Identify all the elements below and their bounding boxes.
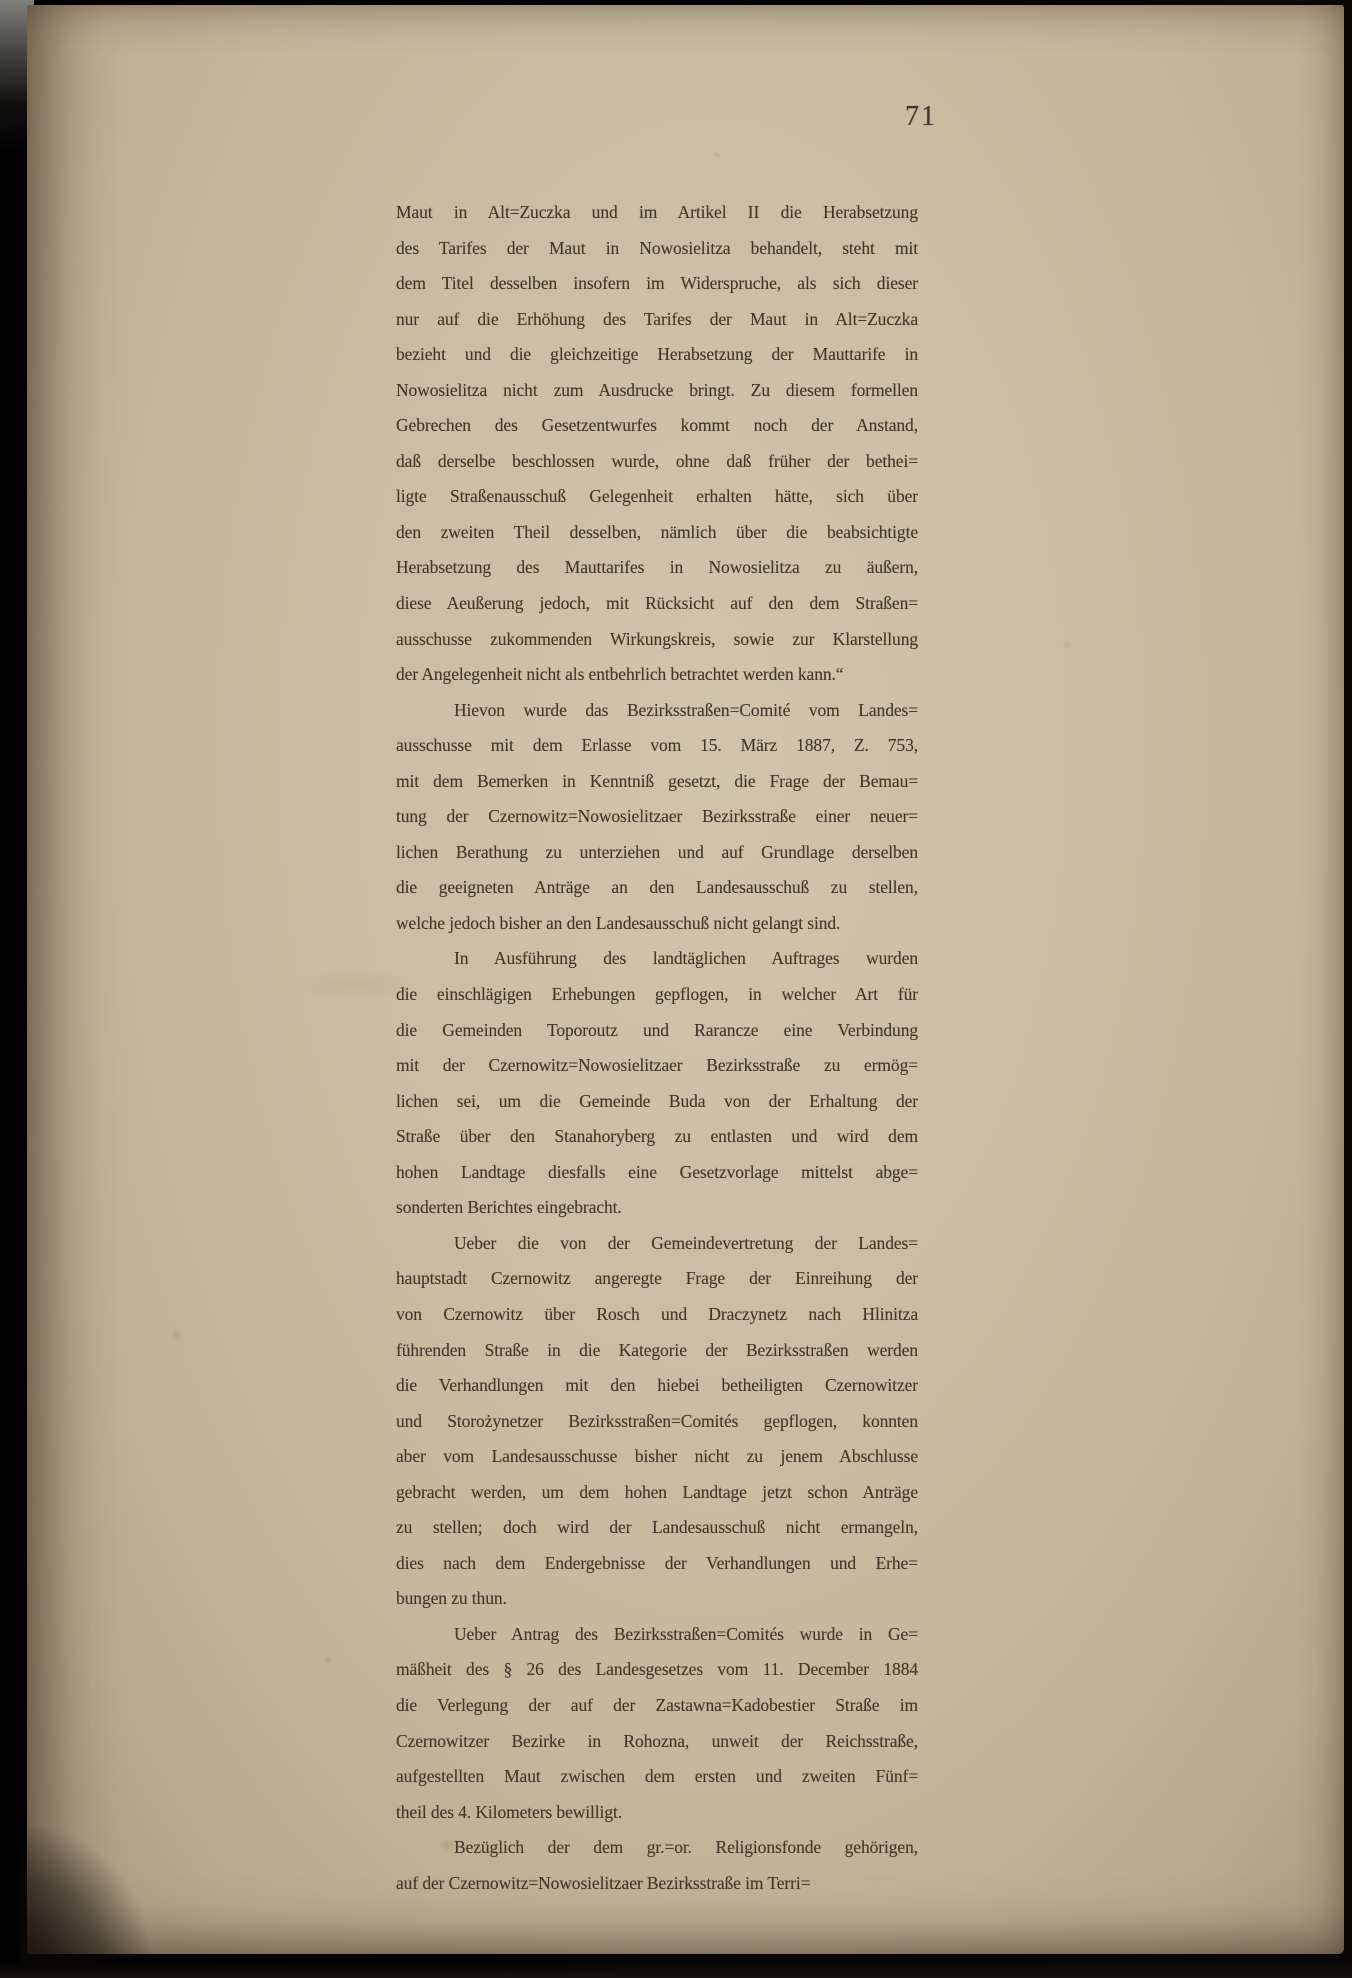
text-line: ligte Straßenausschuß Gelegenheit erhalt… bbox=[396, 479, 918, 515]
text-line: bezieht und die gleichzeitige Herabsetzu… bbox=[396, 337, 918, 373]
text-line: mäßheit des § 26 des Landesgesetzes vom … bbox=[396, 1652, 918, 1688]
text-line: Ueber die von der Gemeindevertretung der… bbox=[396, 1226, 918, 1262]
text-line: hauptstadt Czernowitz angeregte Frage de… bbox=[396, 1261, 918, 1297]
paragraph: Hievon wurde das Bezirksstraßen=Comité v… bbox=[396, 693, 918, 942]
text-line: nur auf die Erhöhung des Tarifes der Mau… bbox=[396, 302, 918, 338]
text-line: In Ausführung des landtäglichen Auftrage… bbox=[396, 941, 918, 977]
paragraph: In Ausführung des landtäglichen Auftrage… bbox=[396, 941, 918, 1225]
paragraph: Bezüglich der dem gr.=or. Religionsfonde… bbox=[396, 1830, 918, 1901]
text-line: Maut in Alt=Zuczka und im Artikel II die… bbox=[396, 195, 918, 231]
text-line: der Angelegenheit nicht als entbehrlich … bbox=[396, 657, 918, 693]
text-line: Gebrechen des Gesetzentwurfes kommt noch… bbox=[396, 408, 918, 444]
text-line: des Tarifes der Maut in Nowosielitza beh… bbox=[396, 231, 918, 267]
text-line: ausschusse zukommenden Wirkungskreis, so… bbox=[396, 622, 918, 658]
text-line: lichen Berathung zu unterziehen und auf … bbox=[396, 835, 918, 871]
text-line: aufgestellten Maut zwischen dem ersten u… bbox=[396, 1759, 918, 1795]
text-line: die Gemeinden Toporoutz und Rarancze ein… bbox=[396, 1013, 918, 1049]
text-line: lichen sei, um die Gemeinde Buda von der… bbox=[396, 1084, 918, 1120]
text-line: die Verhandlungen mit den hiebei betheil… bbox=[396, 1368, 918, 1404]
text-line: führenden Straße in die Kategorie der Be… bbox=[396, 1333, 918, 1369]
text-line: tung der Czernowitz=Nowosielitzaer Bezir… bbox=[396, 799, 918, 835]
text-line: auf der Czernowitz=Nowosielitzaer Bezirk… bbox=[396, 1866, 918, 1902]
text-line: theil des 4. Kilometers bewilligt. bbox=[396, 1795, 918, 1831]
text-line: aber vom Landesausschusse bisher nicht z… bbox=[396, 1439, 918, 1475]
text-line: hohen Landtage diesfalls eine Gesetzvorl… bbox=[396, 1155, 918, 1191]
text-line: und Storożynetzer Bezirksstraßen=Comités… bbox=[396, 1404, 918, 1440]
paragraph: Ueber Antrag des Bezirksstraßen=Comités … bbox=[396, 1617, 918, 1830]
text-line: dem Titel desselben insofern im Widerspr… bbox=[396, 266, 918, 302]
text-line: mit der Czernowitz=Nowosielitzaer Bezirk… bbox=[396, 1048, 918, 1084]
text-line: Czernowitzer Bezirke in Rohozna, unweit … bbox=[396, 1724, 918, 1760]
text-line: diese Aeußerung jedoch, mit Rücksicht au… bbox=[396, 586, 918, 622]
text-line: Hievon wurde das Bezirksstraßen=Comité v… bbox=[396, 693, 918, 729]
text-line: welche jedoch bisher an den Landesaussch… bbox=[396, 906, 918, 942]
text-line: die geeigneten Anträge an den Landesauss… bbox=[396, 870, 918, 906]
scan-edge-bottom bbox=[0, 1962, 1352, 1978]
text-line: sonderten Berichtes eingebracht. bbox=[396, 1190, 918, 1226]
text-block: Maut in Alt=Zuczka und im Artikel II die… bbox=[396, 195, 918, 1901]
text-line: bungen zu thun. bbox=[396, 1581, 918, 1617]
text-line: Herabsetzung des Mauttarifes in Nowosiel… bbox=[396, 550, 918, 586]
paragraph: Ueber die von der Gemeindevertretung der… bbox=[396, 1226, 918, 1617]
text-line: die Verlegung der auf der Zastawna=Kadob… bbox=[396, 1688, 918, 1724]
text-line: den zweiten Theil desselben, nämlich übe… bbox=[396, 515, 918, 551]
text-line: zu stellen; doch wird der Landesausschuß… bbox=[396, 1510, 918, 1546]
book-scan: 71 Maut in Alt=Zuczka und im Artikel II … bbox=[0, 0, 1352, 1978]
text-line: Ueber Antrag des Bezirksstraßen=Comités … bbox=[396, 1617, 918, 1653]
scan-shadow-bottom-left bbox=[20, 1824, 150, 1964]
text-line: mit dem Bemerken in Kenntniß gesetzt, di… bbox=[396, 764, 918, 800]
text-line: Nowosielitza nicht zum Ausdrucke bringt.… bbox=[396, 373, 918, 409]
text-line: ausschusse mit dem Erlasse vom 15. März … bbox=[396, 728, 918, 764]
text-line: von Czernowitz über Rosch und Draczynetz… bbox=[396, 1297, 918, 1333]
page-number: 71 bbox=[857, 101, 937, 133]
text-line: gebracht werden, um dem hohen Landtage j… bbox=[396, 1475, 918, 1511]
text-line: Bezüglich der dem gr.=or. Religionsfonde… bbox=[396, 1830, 918, 1866]
page: 71 Maut in Alt=Zuczka und im Artikel II … bbox=[27, 5, 1344, 1954]
text-line: dies nach dem Endergebnisse der Verhandl… bbox=[396, 1546, 918, 1582]
text-line: die einschlägigen Erhebungen gepflogen, … bbox=[396, 977, 918, 1013]
text-line: Straße über den Stanahoryberg zu entlast… bbox=[396, 1119, 918, 1155]
text-line: daß derselbe beschlossen wurde, ohne daß… bbox=[396, 444, 918, 480]
paragraph: Maut in Alt=Zuczka und im Artikel II die… bbox=[396, 195, 918, 693]
